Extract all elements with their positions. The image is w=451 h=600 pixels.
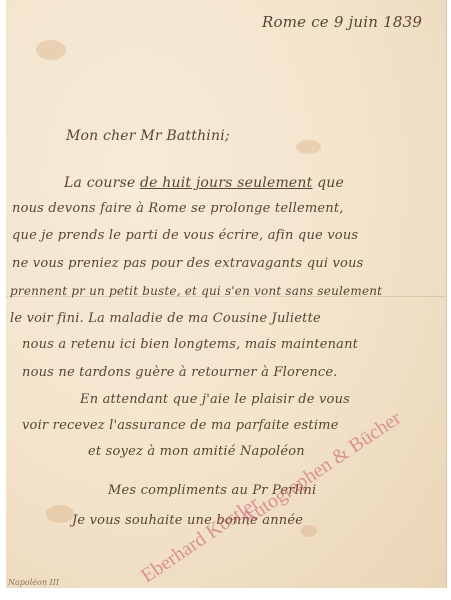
salutation: Mon cher Mr Batthini; xyxy=(66,128,230,144)
stain xyxy=(296,140,321,154)
line-text: que xyxy=(312,175,344,191)
letter-line: ne vous preniez pas pour des extravagant… xyxy=(12,256,364,271)
stain xyxy=(301,525,317,537)
letter-line: nous devons faire à Rome se prolonge tel… xyxy=(12,201,344,216)
letter-line: prennent pr un petit buste, et qui s'en … xyxy=(10,284,382,298)
letter-line: le voir fini. La maladie de ma Cousine J… xyxy=(10,311,321,326)
letter-line: La course de huit jours seulement que xyxy=(64,175,344,191)
line-text: La course xyxy=(64,175,140,191)
underlined-text: de huit jours seulement xyxy=(140,175,312,191)
dateline: Rome ce 9 juin 1839 xyxy=(262,13,422,31)
letter-line: et soyez à mon amitié Napoléon xyxy=(88,444,305,459)
letter-line: En attendant que j'aie le plaisir de vou… xyxy=(80,392,350,407)
stain xyxy=(46,505,74,523)
stain xyxy=(36,40,66,60)
letter-line: nous a retenu ici bien longtems, mais ma… xyxy=(22,337,358,352)
corner-note: Napoléon III xyxy=(8,578,59,587)
letter-line: nous ne tardons guère à retourner à Flor… xyxy=(22,365,338,380)
letter-line: que je prends le parti de vous écrire, a… xyxy=(12,228,358,243)
letter-line: voir recevez l'assurance de ma parfaite … xyxy=(22,418,339,433)
